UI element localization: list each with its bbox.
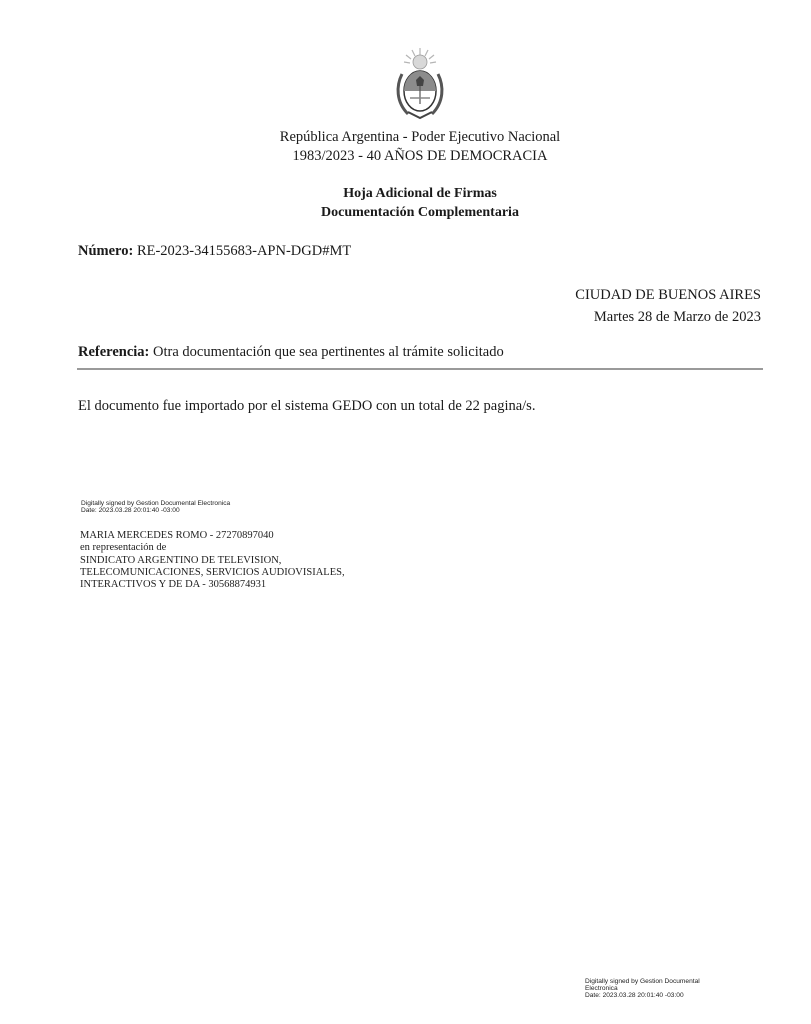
document-title: Hoja Adicional de Firmas bbox=[0, 185, 811, 203]
signer-organization-line: SINDICATO ARGENTINO DE TELEVISION, bbox=[80, 555, 345, 567]
digital-signature-stamp: Digitally signed by Gestion Documental E… bbox=[81, 500, 230, 514]
document-subtitle: Documentación Complementaria bbox=[0, 204, 811, 222]
argentina-coat-of-arms-icon bbox=[394, 46, 446, 122]
reference-value: Otra documentación que sea pertinentes a… bbox=[153, 344, 504, 360]
place-date-block: CIUDAD DE BUENOS AIRES Martes 28 de Marz… bbox=[575, 284, 761, 328]
signer-organization-line: INTERACTIVOS Y DE DA - 30568874931 bbox=[80, 579, 345, 591]
reference-label: Referencia: bbox=[78, 344, 149, 360]
signature-stamp-date: Date: 2023.03.28 20:01:40 -03:00 bbox=[585, 992, 725, 999]
digital-signature-stamp-footer: Digitally signed by Gestion Documental E… bbox=[585, 978, 725, 999]
signer-name: MARIA MERCEDES ROMO - 27270897040 bbox=[80, 530, 345, 542]
signer-representation: en representación de bbox=[80, 542, 345, 554]
document-number-label: Número: bbox=[78, 243, 133, 259]
divider bbox=[77, 368, 763, 370]
reference-row: Referencia: Otra documentación que sea p… bbox=[78, 343, 504, 361]
header-motto: 1983/2023 - 40 AÑOS DE DEMOCRACIA bbox=[0, 147, 811, 165]
document-number-value: RE-2023-34155683-APN-DGD#MT bbox=[137, 243, 351, 259]
city: CIUDAD DE BUENOS AIRES bbox=[575, 284, 761, 306]
header-institution: República Argentina - Poder Ejecutivo Na… bbox=[0, 128, 811, 146]
signature-stamp-line: Digitally signed by Gestion Documental E… bbox=[81, 500, 230, 507]
signature-stamp-line: Digitally signed by Gestion Documental bbox=[585, 978, 725, 985]
date: Martes 28 de Marzo de 2023 bbox=[575, 306, 761, 328]
signature-stamp-line: Electronica bbox=[585, 985, 725, 992]
signer-organization-line: TELECOMUNICACIONES, SERVICIOS AUDIOVISIA… bbox=[80, 567, 345, 579]
signer-block: MARIA MERCEDES ROMO - 27270897040 en rep… bbox=[80, 530, 345, 591]
body-text: El documento fue importado por el sistem… bbox=[78, 397, 535, 415]
document-number-row: Número: RE-2023-34155683-APN-DGD#MT bbox=[78, 242, 351, 260]
signature-stamp-date: Date: 2023.03.28 20:01:40 -03:00 bbox=[81, 507, 230, 514]
